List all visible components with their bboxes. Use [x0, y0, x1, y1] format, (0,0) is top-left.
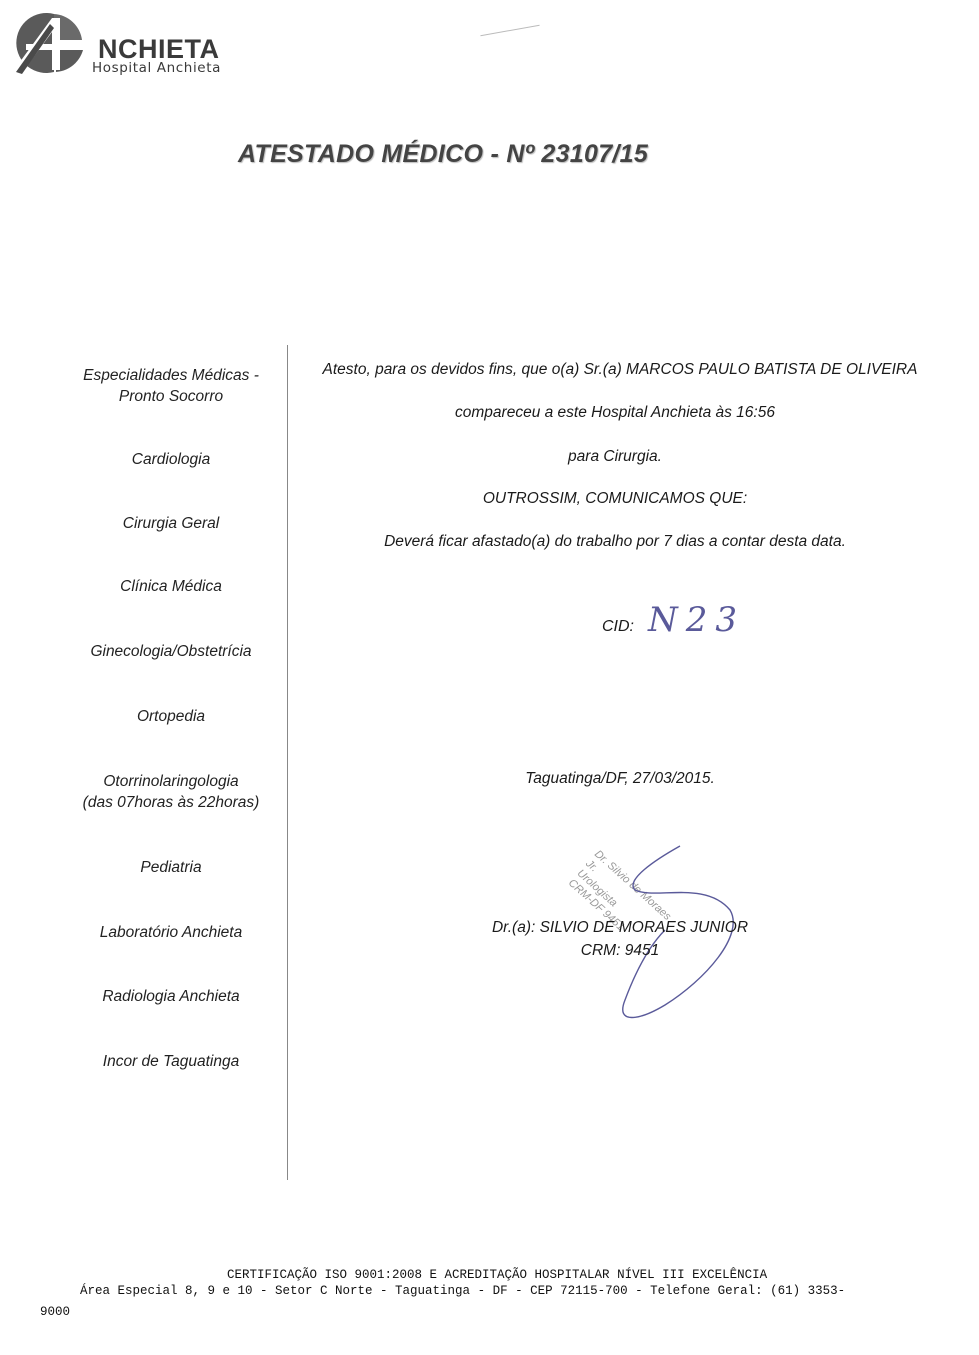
specialty-label: Radiologia Anchieta — [40, 986, 302, 1007]
specialty-label: Especialidades Médicas - — [40, 365, 302, 386]
logo-subtitle: Hospital Anchieta — [92, 60, 221, 76]
specialty-label: Laboratório Anchieta — [40, 922, 302, 943]
specialty-item: Incor de Taguatinga — [40, 1051, 302, 1072]
attestation-leave-line: Deverá ficar afastado(a) do trabalho por… — [290, 533, 940, 551]
footer-address: Área Especial 8, 9 e 10 - Setor C Norte … — [80, 1284, 845, 1298]
specialty-label: Incor de Taguatinga — [40, 1051, 302, 1072]
footer-certification: CERTIFICAÇÃO ISO 9001:2008 E ACREDITAÇÃO… — [227, 1268, 767, 1282]
specialty-label: Cirurgia Geral — [40, 513, 302, 534]
doctor-name: Dr.(a): SILVIO DE MORAES JUNIOR — [480, 919, 760, 937]
footer-phone-continuation: 9000 — [40, 1305, 70, 1319]
specialty-item: Laboratório Anchieta — [40, 922, 302, 943]
attestation-arrival-line: compareceu a este Hospital Anchieta às 1… — [290, 404, 940, 422]
specialty-label: Cardiologia — [40, 449, 302, 470]
specialty-item: Clínica Médica — [40, 576, 302, 597]
specialty-item: Especialidades Médicas - Pronto Socorro — [40, 365, 302, 407]
place-and-date: Taguatinga/DF, 27/03/2015. — [470, 770, 770, 788]
specialty-sublabel: (das 07horas às 22horas) — [40, 792, 302, 813]
specialty-item: Cirurgia Geral — [40, 513, 302, 534]
specialty-label: Pediatria — [40, 857, 302, 878]
cid-label: CID: — [602, 618, 634, 636]
specialty-item: Radiologia Anchieta — [40, 986, 302, 1007]
specialty-item: Ginecologia/Obstetrícia — [40, 641, 302, 662]
specialty-label: Ortopedia — [40, 706, 302, 727]
specialty-item: Cardiologia — [40, 449, 302, 470]
specialty-sublabel: Pronto Socorro — [40, 386, 302, 407]
hospital-logo: NCHIETA Hospital Anchieta — [12, 10, 242, 76]
attestation-reason-line: para Cirurgia. — [290, 448, 940, 466]
specialty-label: Otorrinolaringologia — [40, 771, 302, 792]
specialty-item: Pediatria — [40, 857, 302, 878]
document-title: ATESTADO MÉDICO - Nº 23107/15 — [0, 140, 979, 169]
cid-handwritten-value: N23 — [648, 600, 745, 640]
specialty-label: Clínica Médica — [40, 576, 302, 597]
anchieta-logo-icon — [12, 10, 102, 76]
doctor-crm: CRM: 9451 — [480, 942, 760, 960]
specialty-label: Ginecologia/Obstetrícia — [40, 641, 302, 662]
specialty-item: Otorrinolaringologia (das 07horas às 22h… — [40, 771, 302, 813]
attestation-notice-line: OUTROSSIM, COMUNICAMOS QUE: — [290, 490, 940, 508]
attestation-patient-line: Atesto, para os devidos fins, que o(a) S… — [300, 361, 940, 379]
specialty-item: Ortopedia — [40, 706, 302, 727]
scan-artifact — [480, 25, 539, 36]
